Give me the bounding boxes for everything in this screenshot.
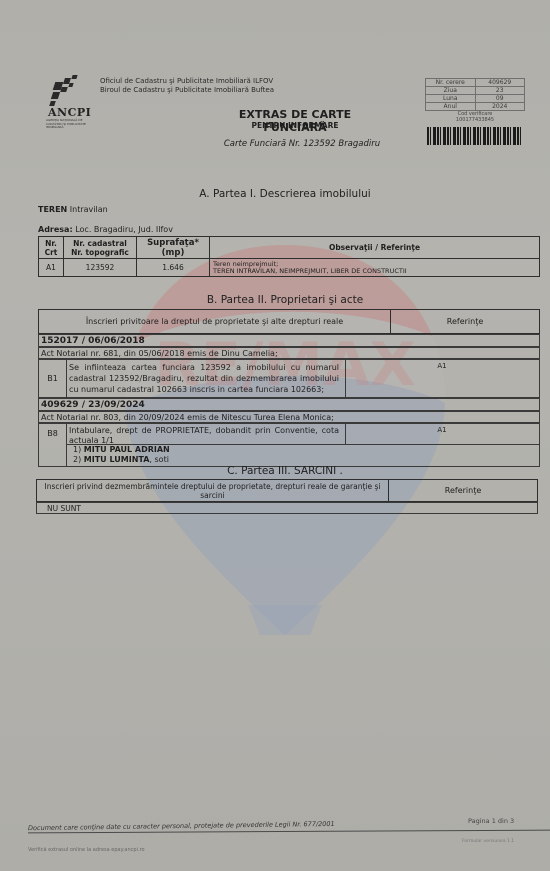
carte-funciara-number: Carte Funciară Nr. 123592 Bragadiru [202,139,402,149]
page-number: Pagina 1 din 3 [468,817,514,825]
sarcini-value: NU SUNT [36,502,538,514]
address: Adresa: Loc. Bragadiru, Jud. Ilfov [38,225,173,234]
entry-b8: B8 Intabulare, drept de PROPRIETATE, dob… [38,423,540,467]
owner-item: 1) MITU PAUL ADRIAN [73,445,170,455]
document-subtitle: PENTRU INFORMARE [210,121,380,130]
entry-act: Act Notarial nr. 803, din 20/09/2024 emi… [38,411,540,423]
office-line-1: Oficiul de Cadastru şi Publicitate Imobi… [100,77,274,86]
document-page: RE/MAX ANCPI Agenţia Naţională de Cadast… [0,0,550,871]
owners-list: 1) MITU PAUL ADRIAN 2) MITU LUMINTA, sot… [73,445,170,465]
table-row: A1 123592 1.646 Teren neimprejmuit; TERE… [39,259,540,277]
table-header-row: Nr. Crt Nr. cadastral Nr. topografic Sup… [39,237,540,259]
registration-row: Nr. cerere409629 [426,79,525,87]
registration-row: Luna09 [426,95,525,103]
office-info: Oficiul de Cadastru şi Publicitate Imobi… [100,77,274,95]
entry-number: 409629 / 23/09/2024 [38,398,540,411]
teren-type: TEREN Intravilan [38,205,108,214]
registration-table: Nr. cerere409629 Ziua23 Luna09 Anul2024 [425,78,525,111]
part-a-heading: A. Partea I. Descrierea imobilului [30,188,540,200]
verification-code: Cod verificare 100177433845 [425,111,525,123]
form-code: Formular versiunea 1.1 [462,839,514,844]
registration-row: Anul2024 [426,103,525,111]
owner-item: 2) MITU LUMINTA, soti [73,455,170,465]
office-line-2: Biroul de Cadastru şi Publicitate Imobil… [100,86,274,95]
part-c-header: Inscrieri privind dezmembrămintele drept… [36,479,538,502]
part-b-header: Înscrieri privitoare la dreptul de propr… [38,309,540,334]
part-c-heading: C. Partea III. SARCINI . [30,465,540,477]
entry-b1: B1 Se infiinteaza cartea funciara 123592… [38,359,540,398]
entry-act: Act Notarial nr. 681, din 05/06/2018 emi… [38,347,540,359]
entry-number: 152017 / 06/06/2018 [38,334,540,347]
footer-online-note: Verifică extrasul online la adresa epay.… [28,847,145,853]
registration-row: Ziua23 [426,87,525,95]
ancpi-logo-subtext: Agenţia Naţională de Cadastru şi Publici… [46,119,90,130]
part-a-table: Nr. Crt Nr. cadastral Nr. topografic Sup… [38,236,540,277]
barcode-icon [427,127,523,145]
part-b-heading: B. Partea II. Proprietari şi acte [30,294,540,306]
